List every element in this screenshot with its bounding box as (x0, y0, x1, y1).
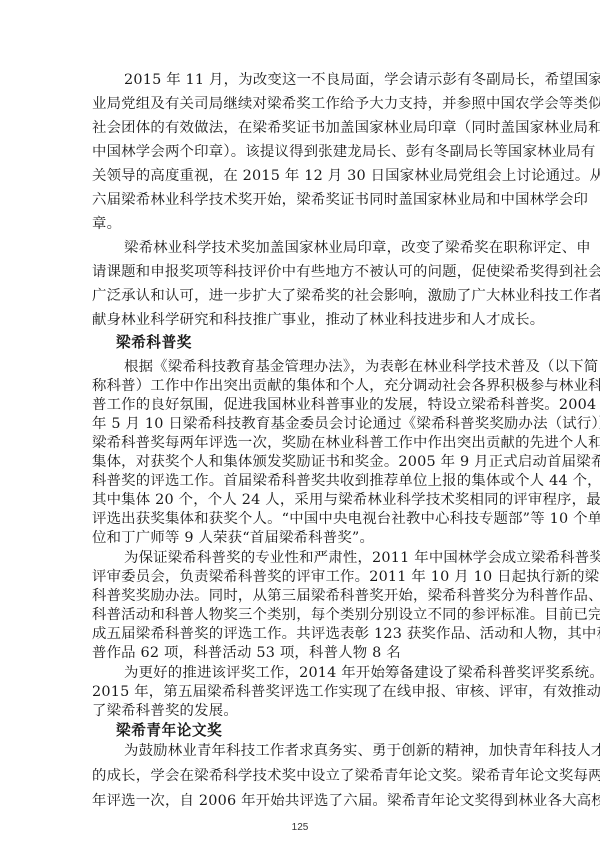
paragraph-3-line-2: 称科普）工作中作出突出贡献的集体和个人，充分调动社会各界积极参与林业科 (92, 377, 508, 395)
paragraph-6-line-3: 年评选一次，自 2006 年开始共评选了六届。梁希青年论文奖得到林业各大高校、 (92, 792, 508, 810)
paragraph-4-line-2: 评审委员会，负责梁希科普奖的评审工作。2011 年 10 月 10 日起执行新的… (92, 568, 508, 586)
paragraph-6-line-1: 为鼓励林业青年科技工作者求真务实、勇于创新的精神，加快青年科技人才 (124, 742, 508, 760)
paragraph-2-line-2: 请课题和申报奖项等科技评价中有些地方不被认可的问题，促使梁希奖得到社会 (92, 263, 508, 281)
page-number: 125 (0, 822, 600, 833)
paragraph-3-line-3: 普工作的良好氛围，促进我国林业科普事业的发展，特设立梁希科普奖。2004 (92, 396, 508, 414)
paragraph-2-line-3: 广泛承认和认可，进一步扩大了梁希奖的社会影响，激励了广大林业科技工作者 (92, 287, 508, 305)
document-page: 2015 年 11 月，为改变这一不良局面，学会请示彭有冬副局长，希望国家林 业… (0, 0, 600, 848)
paragraph-2-line-4: 献身林业科学研究和科技推广事业，推动了林业科技进步和人才成长。 (92, 311, 508, 329)
paragraph-3-line-8: 其中集体 20 个，个人 24 人，采用与梁希林业科学技术奖相同的评审程序，最终 (92, 491, 508, 509)
paragraph-4-line-4: 科普活动和科普人物奖三个类别，每个类别分别设立不同的参评标准。目前已完 (92, 606, 508, 624)
paragraph-1-line-7: 章。 (92, 215, 508, 233)
paragraph-1-line-5: 关领导的高度重视，在 2015 年 12 月 30 日国家林业局党组会上讨论通过… (92, 167, 508, 185)
section-heading-young-paper-award: 梁希青年论文奖 (116, 722, 222, 740)
paragraph-2-line-1: 梁希林业科学技术奖加盖国家林业局印章，改变了梁希奖在职称评定、申 (124, 239, 508, 257)
paragraph-3-line-5: 梁希科普奖每两年评选一次，奖励在林业科普工作中作出突出贡献的先进个人和 (92, 434, 508, 452)
section-heading-science-popularization-award: 梁希科普奖 (116, 334, 192, 352)
paragraph-1-line-1: 2015 年 11 月，为改变这一不良局面，学会请示彭有冬副局长，希望国家林 (124, 71, 508, 89)
paragraph-1-line-4: 中国林学会两个印章）。该提议得到张建龙局长、彭有冬副局长等国家林业局有 (92, 143, 508, 161)
paragraph-1-line-2: 业局党组及有关司局继续对梁希奖工作给予大力支持，并参照中国农学会等类似 (92, 95, 508, 113)
paragraph-1-line-6: 六届梁希林业科学技术奖开始，梁希奖证书同时盖国家林业局和中国林学会印 (92, 191, 508, 209)
paragraph-3-line-7: 科普奖的评选工作。首届梁希科普奖共收到推荐单位上报的集体或个人 44 个， (92, 472, 508, 490)
paragraph-3-line-10: 位和丁广师等 9 人荣获“首届梁希科普奖”。 (92, 529, 508, 547)
paragraph-1-line-3: 社会团体的有效做法，在梁希奖证书加盖国家林业局印章（同时盖国家林业局和 (92, 119, 508, 137)
paragraph-4-line-3: 科普奖奖励办法。同时，从第三届梁希科普奖开始，梁希科普奖分为科普作品、 (92, 587, 508, 605)
paragraph-5-line-3: 了梁希科普奖的发展。 (92, 702, 508, 720)
paragraph-3-line-6: 集体，对获奖个人和集体颁发奖励证书和奖金。2005 年 9 月正式启动首届梁希 (92, 453, 508, 471)
paragraph-4-line-6: 普作品 62 项，科普活动 53 项，科普人物 8 名 (92, 644, 508, 662)
paragraph-4-line-5: 成五届梁希科普奖的评选工作。共评选表彰 123 获奖作品、活动和人物，其中科 (92, 625, 508, 643)
paragraph-3-line-9: 评选出获奖集体和获奖个人。“中国中央电视台社教中心科技专题部”等 10 个单 (92, 510, 508, 528)
paragraph-5-line-1: 为更好的推进该评奖工作，2014 年开始筹备建设了梁希科普奖评奖系统。 (124, 664, 508, 682)
paragraph-4-line-1: 为保证梁希科普奖的专业性和严肃性，2011 年中国林学会成立梁希科普奖 (124, 549, 508, 567)
paragraph-5-line-2: 2015 年，第五届梁希科普奖评选工作实现了在线申报、审核、评审，有效推动 (92, 683, 508, 701)
paragraph-3-line-4: 年 5 月 10 日梁希科技教育基金委员会讨论通过《梁希科普奖奖励办法（试行）》… (92, 415, 508, 433)
paragraph-6-line-2: 的成长，学会在梁希科学技术奖中设立了梁希青年论文奖。梁希青年论文奖每两 (92, 767, 508, 785)
paragraph-3-line-1: 根据《梁希科技教育基金管理办法》，为表彰在林业科学技术普及（以下简 (124, 358, 508, 376)
